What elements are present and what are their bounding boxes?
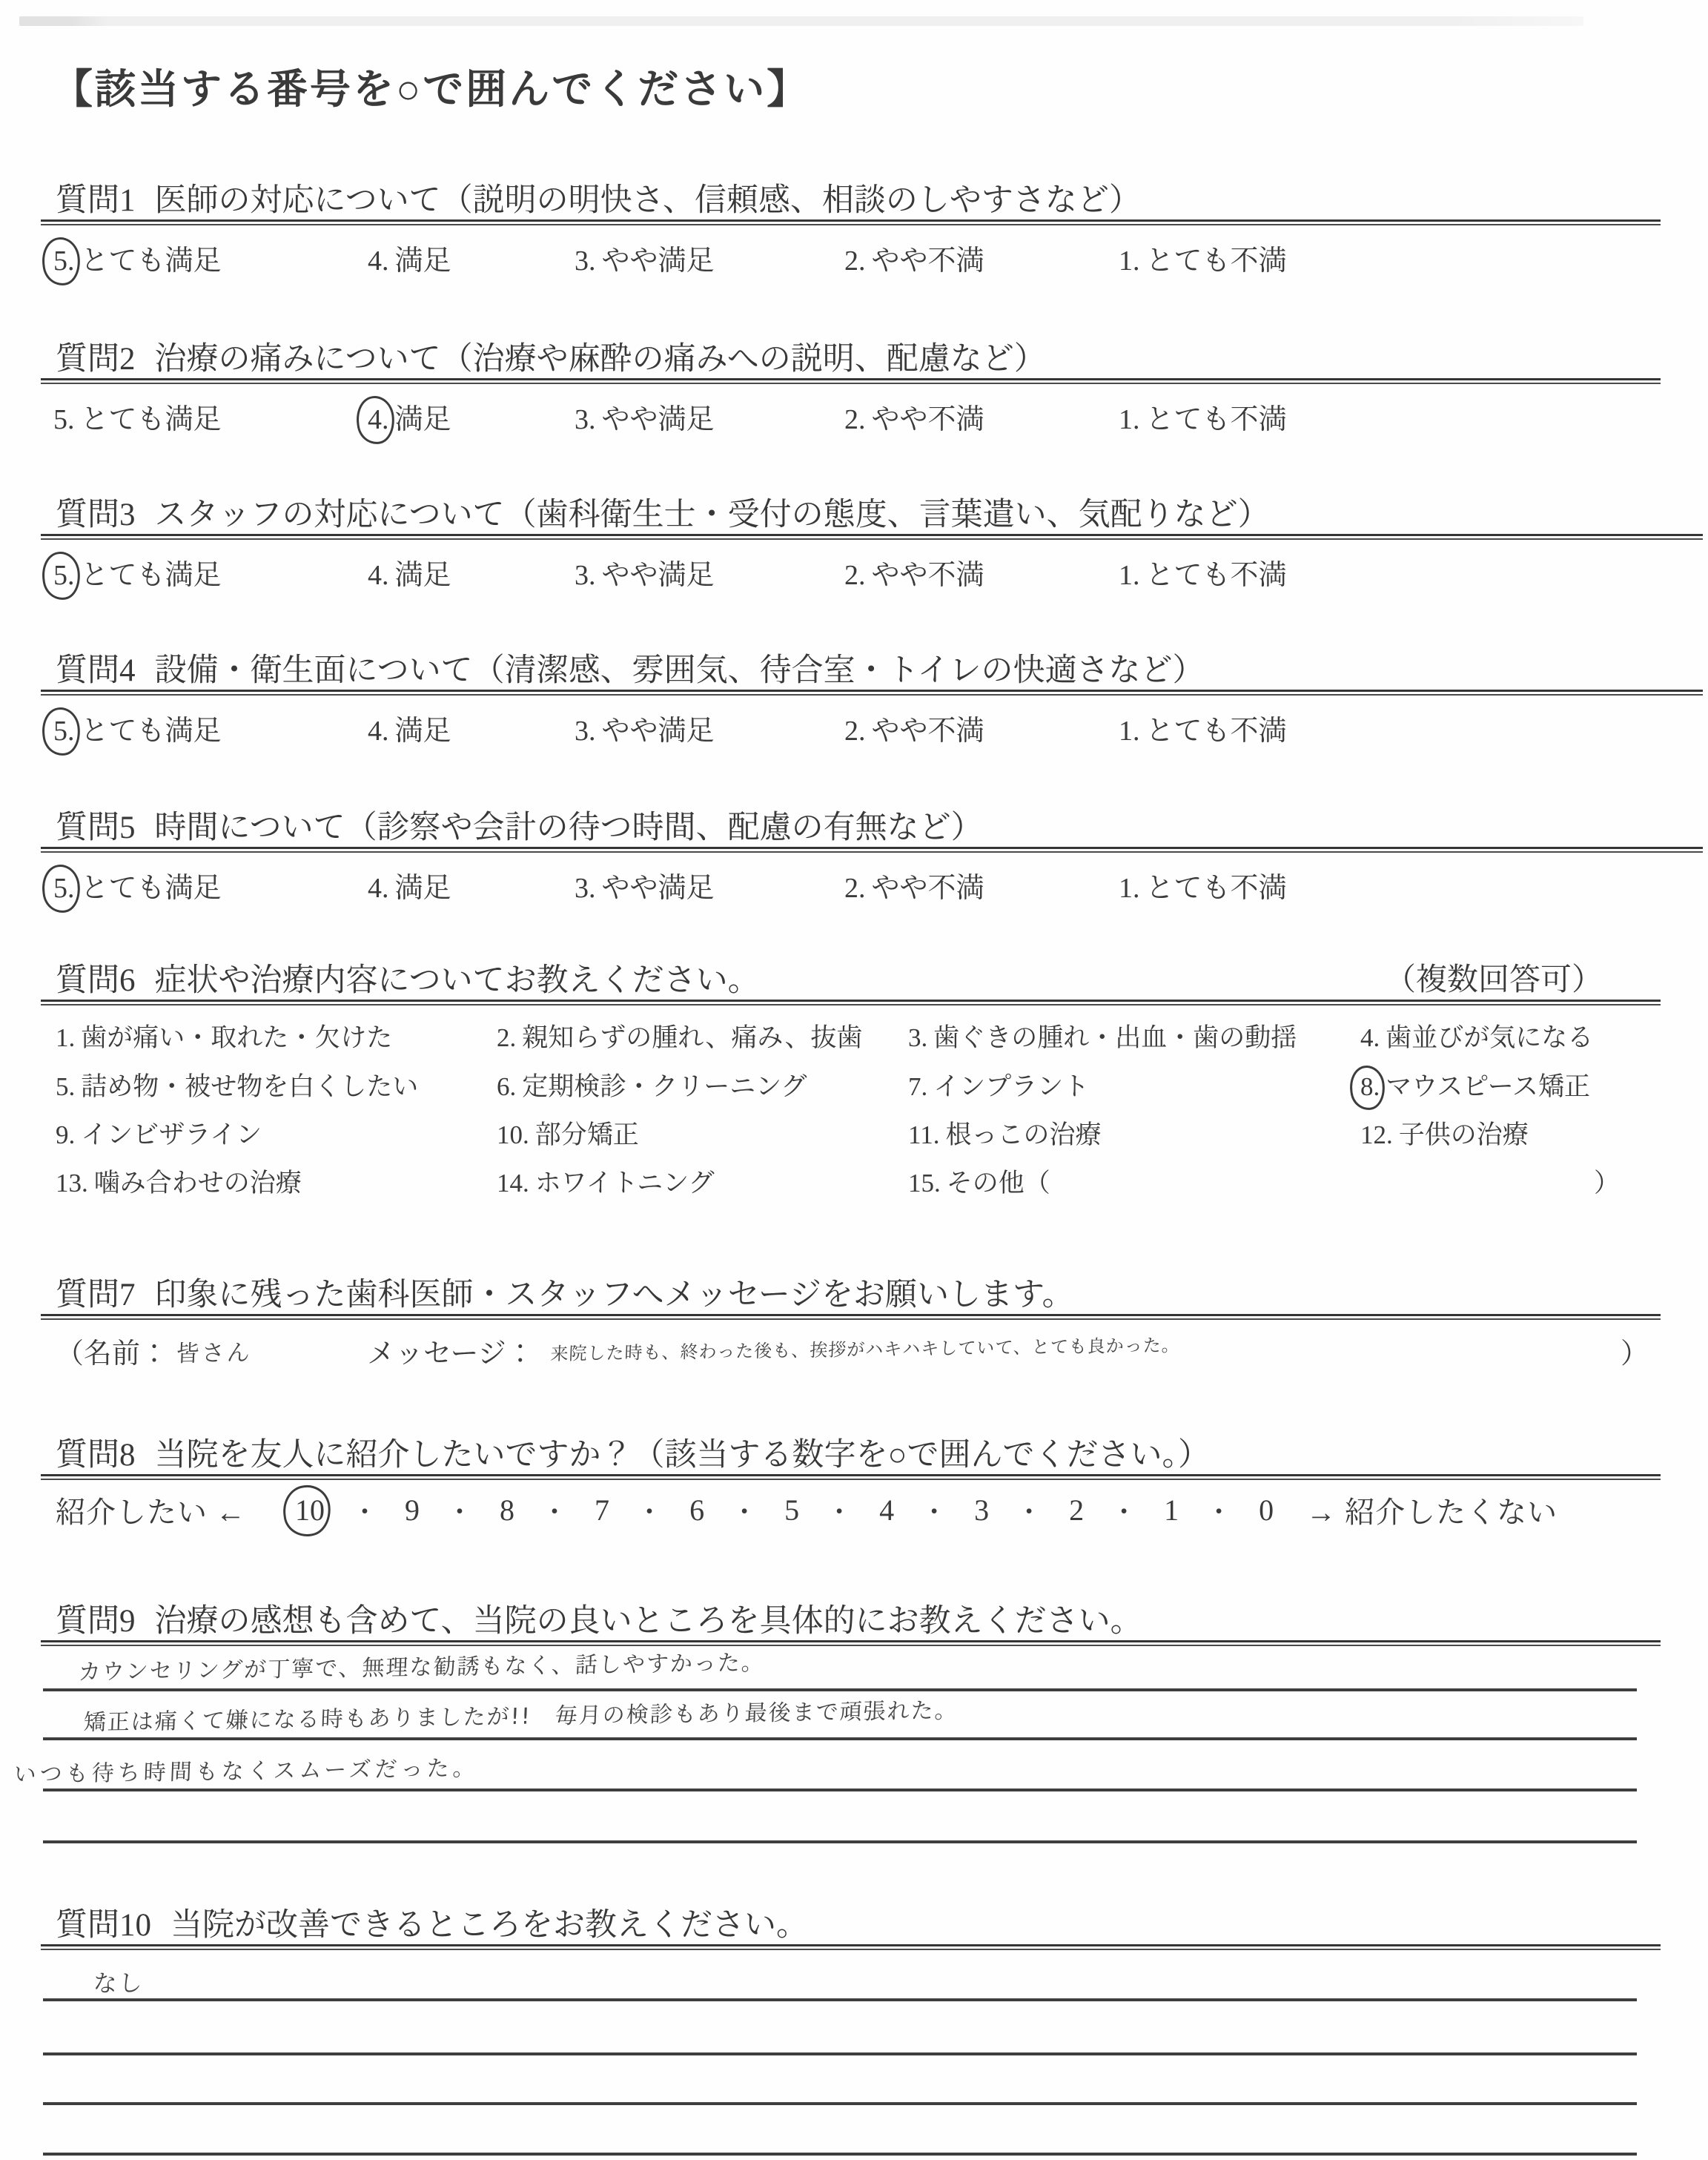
- divider: [41, 1944, 1661, 1950]
- rating-option-1[interactable]: 1.とても不満: [1119, 707, 1287, 748]
- rating-option-5[interactable]: 5.とても満足: [53, 707, 222, 748]
- nps-number-6[interactable]: 6: [689, 1493, 704, 1527]
- question-title: 当院を友人に紹介したいですか？（該当する数字を○で囲んでください。）: [155, 1438, 1210, 1473]
- option-label: とても不満: [1146, 404, 1287, 435]
- divider: [41, 219, 1661, 225]
- name-field-label: （名前：: [56, 1330, 168, 1371]
- option-label: 満足: [395, 404, 451, 435]
- option-label: 歯並びが気になる: [1386, 1023, 1593, 1052]
- treatment-option-3[interactable]: 3.歯ぐきの腫れ・出血・歯の動揺: [908, 1017, 1297, 1054]
- nps-numbers: 10・9・8・7・6・5・4・3・2・1・0: [273, 1491, 1296, 1529]
- option-label: やや不満: [872, 716, 984, 747]
- option-label: マウスピース矯正: [1386, 1072, 1590, 1101]
- closing-paren: ）: [1621, 1330, 1649, 1371]
- question-number: 質問4: [56, 653, 136, 688]
- rating-options-q1: 5.とても満足4.満足3.やや満足2.やや不満1.とても不満: [0, 237, 1708, 285]
- treatment-option-2[interactable]: 2.親知らずの腫れ、痛み、抜歯: [497, 1017, 862, 1054]
- rating-options-q5: 5.とても満足4.満足3.やや満足2.やや不満1.とても不満: [0, 865, 1708, 912]
- option-label: とても満足: [81, 404, 222, 435]
- option-number: 3.: [575, 403, 596, 436]
- option-label: やや満足: [602, 560, 715, 591]
- question-number: 質問10: [56, 1908, 151, 1943]
- question-6-section: 質問6症状や治療内容についてお教えください。 （複数回答可） 1.歯が痛い・取れ…: [0, 955, 1708, 1215]
- option-label: とても満足: [81, 245, 222, 277]
- option-label: 根っこの治療: [945, 1120, 1101, 1149]
- option-number: 6.: [497, 1072, 516, 1102]
- selection-circle: 5.: [53, 715, 75, 747]
- rating-option-4[interactable]: 4.満足: [368, 552, 451, 592]
- rating-option-4[interactable]: 4.満足: [368, 396, 451, 437]
- scale-separator: ・: [446, 1491, 473, 1529]
- scan-artifact: [19, 16, 1583, 26]
- question-5-section: 質問5時間について（診察や会計の待つ時間、配慮の有無など） 5.とても満足4.満…: [0, 802, 1708, 921]
- rating-options-q4: 5.とても満足4.満足3.やや満足2.やや不満1.とても不満: [0, 707, 1708, 755]
- nps-number-4[interactable]: 4: [879, 1493, 894, 1527]
- treatment-option-11[interactable]: 11.根っこの治療: [908, 1114, 1101, 1152]
- question-title: スタッフの対応について（歯科衛生士・受付の態度、言葉遣い、気配りなど）: [155, 498, 1270, 532]
- option-label: やや不満: [872, 873, 984, 904]
- handwritten-answer: 矯正は痛くて嫌になる時もありましたが!! 毎月の検診もあり最後まで頑張れた。: [83, 1691, 959, 1737]
- multi-answer-note: （複数回答可）: [1385, 955, 1603, 1000]
- question-10-header: 質問10当院が改善できるところをお教えください。: [56, 1900, 808, 1945]
- question-title: 症状や治療内容についてお教えください。: [155, 963, 760, 998]
- selection-circle: 4.: [368, 403, 389, 436]
- answer-line: [43, 2153, 1637, 2156]
- rating-option-1[interactable]: 1.とても不満: [1119, 552, 1287, 592]
- scale-separator: ・: [636, 1491, 663, 1529]
- divider: [41, 690, 1703, 696]
- option-number: 1.: [56, 1023, 75, 1053]
- treatment-options-grid: 1.歯が痛い・取れた・欠けた2.親知らずの腫れ、痛み、抜歯3.歯ぐきの腫れ・出血…: [0, 1017, 1708, 1210]
- option-number: 3.: [575, 559, 596, 592]
- answer-line: [43, 2052, 1637, 2055]
- rating-options-q2: 5.とても満足4.満足3.やや満足2.やや不満1.とても不満: [0, 396, 1708, 443]
- option-label: インビザライン: [81, 1120, 262, 1149]
- nps-number-2[interactable]: 2: [1069, 1493, 1084, 1527]
- option-label: インプラント: [933, 1072, 1089, 1101]
- answer-line: [43, 1688, 1637, 1691]
- option-label: 詰め物・被せ物を白くしたい: [81, 1072, 418, 1101]
- question-8-header: 質問8当院を友人に紹介したいですか？（該当する数字を○で囲んでください。）: [56, 1430, 1210, 1475]
- rating-option-3[interactable]: 3.やや満足: [575, 237, 715, 278]
- option-number: 10.: [497, 1120, 529, 1150]
- treatment-option-1[interactable]: 1.歯が痛い・取れた・欠けた: [56, 1017, 392, 1054]
- option-label: 子供の治療: [1399, 1120, 1529, 1149]
- option-label: とても満足: [81, 560, 222, 591]
- rating-option-2[interactable]: 2.やや不満: [844, 707, 984, 748]
- option-label: やや不満: [872, 245, 984, 277]
- treatment-option-8[interactable]: 8.マウスピース矯正: [1360, 1066, 1590, 1103]
- scale-separator: ・: [731, 1491, 758, 1529]
- rating-option-5[interactable]: 5.とても満足: [53, 865, 222, 905]
- question-5-header: 質問5時間について（診察や会計の待つ時間、配慮の有無など）: [56, 802, 983, 848]
- rating-option-3[interactable]: 3.やや満足: [575, 396, 715, 437]
- answer-line: [43, 1789, 1637, 1791]
- question-number: 質問5: [56, 810, 136, 845]
- option-number: 2.: [844, 715, 866, 747]
- option-label: 満足: [395, 873, 451, 904]
- divider: [41, 1640, 1661, 1646]
- rating-option-3[interactable]: 3.やや満足: [575, 865, 715, 905]
- divider: [41, 847, 1703, 853]
- scale-separator: ・: [921, 1491, 947, 1529]
- rating-option-1[interactable]: 1.とても不満: [1119, 396, 1287, 437]
- treatment-option-7[interactable]: 7.インプラント: [908, 1066, 1089, 1103]
- option-label: 噛み合わせの治療: [94, 1169, 302, 1198]
- question-1-header: 質問1医師の対応について（説明の明快さ、信頼感、相談のしやすさなど）: [56, 175, 1141, 220]
- nps-number-8[interactable]: 8: [500, 1493, 514, 1527]
- rating-option-2[interactable]: 2.やや不満: [844, 396, 984, 437]
- option-number: 13.: [56, 1169, 88, 1198]
- rating-option-4[interactable]: 4.満足: [368, 707, 451, 748]
- page-title: 【該当する番号を○で囲んでください】: [52, 56, 810, 115]
- question-title: 設備・衛生面について（清潔感、雰囲気、待合室・トイレの快適さなど）: [155, 653, 1205, 688]
- question-number: 質問1: [56, 183, 136, 218]
- option-label: ホワイトニング: [535, 1169, 715, 1198]
- option-label: 満足: [395, 716, 451, 747]
- option-label: 定期検診・クリーニング: [522, 1072, 807, 1101]
- rating-options-q3: 5.とても満足4.満足3.やや満足2.やや不満1.とても不満: [0, 552, 1708, 599]
- option-label: 親知らずの腫れ、痛み、抜歯: [522, 1023, 862, 1052]
- rating-option-5[interactable]: 5.とても満足: [53, 552, 222, 592]
- rating-option-2[interactable]: 2.やや不満: [844, 237, 984, 278]
- option-number: 5.: [56, 1072, 75, 1102]
- scanned-survey-form: 【該当する番号を○で囲んでください】 質問1医師の対応について（説明の明快さ、信…: [0, 0, 1708, 2160]
- rating-option-2[interactable]: 2.やや不満: [844, 552, 984, 592]
- question-title: 治療の痛みについて（治療や麻酔の痛みへの説明、配慮など）: [155, 342, 1046, 377]
- option-number: 15.: [908, 1169, 941, 1198]
- question-4-section: 質問4設備・衛生面について（清潔感、雰囲気、待合室・トイレの快適さなど） 5.と…: [0, 645, 1708, 764]
- selection-circle[interactable]: 10: [295, 1493, 325, 1527]
- question-title: 印象に残った歯科医師・スタッフへメッセージをお願いします。: [155, 1278, 1074, 1312]
- handwritten-answer: なし: [93, 1964, 145, 1999]
- option-number: 14.: [497, 1169, 529, 1198]
- question-number: 質問2: [56, 342, 136, 377]
- option-number: 11.: [908, 1120, 939, 1150]
- question-6-header: 質問6症状や治療内容についてお教えください。: [56, 955, 760, 1000]
- scale-separator: ・: [826, 1491, 853, 1529]
- option-number: 2.: [844, 245, 866, 277]
- treatment-option-13[interactable]: 13.噛み合わせの治療: [56, 1163, 302, 1200]
- rating-option-3[interactable]: 3.やや満足: [575, 707, 715, 748]
- option-number: 4.: [368, 245, 389, 277]
- question-8-section: 質問8当院を友人に紹介したいですか？（該当する数字を○で囲んでください。） 紹介…: [0, 1430, 1708, 1548]
- question-10-section: 質問10当院が改善できるところをお教えください。 なし: [0, 1900, 1708, 2159]
- option-number: 7.: [908, 1072, 927, 1102]
- question-3-header: 質問3スタッフの対応について（歯科衛生士・受付の態度、言葉遣い、気配りなど）: [56, 489, 1270, 535]
- option-number: 9.: [56, 1120, 75, 1150]
- rating-option-1[interactable]: 1.とても不満: [1119, 865, 1287, 905]
- option-number: 1.: [1119, 559, 1140, 592]
- scale-separator: ・: [351, 1491, 378, 1529]
- question-title: 当院が改善できるところをお教えください。: [171, 1908, 808, 1943]
- option-label: とても満足: [81, 873, 222, 904]
- question-2-header: 質問2治療の痛みについて（治療や麻酔の痛みへの説明、配慮など）: [56, 334, 1046, 379]
- answer-line: [43, 2102, 1637, 2105]
- divider: [41, 1474, 1661, 1480]
- nps-number-3[interactable]: 3: [974, 1493, 989, 1527]
- rating-option-3[interactable]: 3.やや満足: [575, 552, 715, 592]
- option-number: 3.: [908, 1023, 927, 1053]
- option-number: 12.: [1360, 1120, 1393, 1150]
- option-label: やや満足: [602, 873, 715, 904]
- treatment-option-10[interactable]: 10.部分矯正: [497, 1114, 639, 1152]
- message-field-label: メッセージ：: [367, 1330, 534, 1371]
- option-number: 4.: [368, 715, 389, 747]
- option-number: 4.: [1360, 1023, 1380, 1053]
- handwritten-answer: いつも待ち時間もなくスムーズだった。: [13, 1749, 480, 1789]
- option-number: 2.: [844, 872, 866, 905]
- rating-option-4[interactable]: 4.満足: [368, 865, 451, 905]
- option-number: 2.: [844, 559, 866, 592]
- question-title: 治療の感想も含めて、当院の良いところを具体的にお教えください。: [155, 1604, 1142, 1639]
- question-9-section: 質問9治療の感想も含めて、当院の良いところを具体的にお教えください。 カウンセリ…: [0, 1596, 1708, 1892]
- question-4-header: 質問4設備・衛生面について（清潔感、雰囲気、待合室・トイレの快適さなど）: [56, 645, 1205, 690]
- nps-scale-row: 紹介したい ← 10・9・8・7・6・5・4・3・2・1・0 → 紹介したくない: [56, 1489, 1558, 1531]
- option-label: 満足: [395, 560, 451, 591]
- option-number: 4.: [368, 559, 389, 592]
- selection-circle: 5.: [53, 245, 75, 277]
- scale-left-label: 紹介したい ←: [56, 1489, 246, 1531]
- option-label: 満足: [395, 245, 451, 277]
- scale-separator: ・: [541, 1491, 568, 1529]
- question-title: 時間について（診察や会計の待つ時間、配慮の有無など）: [155, 810, 983, 845]
- option-number: 3.: [575, 245, 596, 277]
- rating-option-1[interactable]: 1.とても不満: [1119, 237, 1287, 278]
- divider: [41, 534, 1703, 540]
- option-label: 歯が痛い・取れた・欠けた: [81, 1023, 392, 1052]
- handwritten-name: 皆さん: [176, 1334, 253, 1368]
- option-label: その他（: [947, 1169, 1050, 1198]
- question-3-section: 質問3スタッフの対応について（歯科衛生士・受付の態度、言葉遣い、気配りなど） 5…: [0, 489, 1708, 608]
- option-number: 1.: [1119, 872, 1140, 905]
- question-7-header: 質問7印象に残った歯科医師・スタッフへメッセージをお願いします。: [56, 1269, 1074, 1315]
- handwritten-answer: カウンセリングが丁寧で、無理な勧誘もなく、話しやすかった。: [78, 1644, 766, 1686]
- question-2-section: 質問2治療の痛みについて（治療や麻酔の痛みへの説明、配慮など） 5.とても満足4…: [0, 334, 1708, 452]
- question-number: 質問7: [56, 1278, 136, 1312]
- question-number: 質問6: [56, 963, 136, 998]
- option-number: 2.: [844, 403, 866, 436]
- treatment-option-5[interactable]: 5.詰め物・被せ物を白くしたい: [56, 1066, 418, 1103]
- rating-option-5[interactable]: 5.とても満足: [53, 237, 222, 278]
- selection-circle: 5.: [53, 559, 75, 592]
- scale-separator: ・: [1205, 1491, 1232, 1529]
- question-7-section: 質問7印象に残った歯科医師・スタッフへメッセージをお願いします。 （名前： 皆さ…: [0, 1269, 1708, 1396]
- option-number: 4.: [368, 872, 389, 905]
- option-label: とても不満: [1146, 245, 1287, 277]
- question-number: 質問9: [56, 1604, 136, 1639]
- scale-separator: ・: [1110, 1491, 1137, 1529]
- divider: [41, 1314, 1661, 1320]
- question-number: 質問3: [56, 498, 136, 532]
- option-label: やや満足: [602, 404, 715, 435]
- answer-line: [43, 1840, 1637, 1843]
- rating-option-5[interactable]: 5.とても満足: [53, 396, 222, 437]
- question-number: 質問8: [56, 1438, 136, 1473]
- treatment-option-4[interactable]: 4.歯並びが気になる: [1360, 1017, 1593, 1054]
- treatment-option-9[interactable]: 9.インビザライン: [56, 1114, 262, 1152]
- option-label: やや満足: [602, 716, 715, 747]
- divider: [41, 1000, 1661, 1005]
- treatment-option-14[interactable]: 14.ホワイトニング: [497, 1163, 715, 1200]
- option-number: 2.: [497, 1023, 516, 1053]
- option-number: 5.: [53, 403, 75, 436]
- option-label: とても不満: [1146, 560, 1287, 591]
- nps-number-1[interactable]: 1: [1164, 1493, 1179, 1527]
- nps-number-7[interactable]: 7: [595, 1493, 609, 1527]
- option-label: やや満足: [602, 245, 715, 277]
- option-number: 1.: [1119, 403, 1140, 436]
- selection-circle: 8.: [1360, 1072, 1380, 1102]
- option-label: やや不満: [872, 560, 984, 591]
- nps-number-0[interactable]: 0: [1259, 1493, 1274, 1527]
- option-label: とても満足: [81, 716, 222, 747]
- answer-line: [43, 1737, 1637, 1740]
- option-label: とても不満: [1146, 716, 1287, 747]
- question-title: 医師の対応について（説明の明快さ、信頼感、相談のしやすさなど）: [155, 183, 1141, 218]
- option-label: 部分矯正: [535, 1120, 639, 1149]
- scale-separator: ・: [1016, 1491, 1042, 1529]
- option-number: 1.: [1119, 245, 1140, 277]
- nps-number-9[interactable]: 9: [405, 1493, 420, 1527]
- selection-circle: 5.: [53, 872, 75, 905]
- divider: [41, 378, 1661, 384]
- scale-right-label: → 紹介したくない: [1306, 1489, 1558, 1531]
- rating-option-2[interactable]: 2.やや不満: [844, 865, 984, 905]
- option-number: 3.: [575, 872, 596, 905]
- answer-line: [43, 1998, 1637, 2001]
- question-9-header: 質問9治療の感想も含めて、当院の良いところを具体的にお教えください。: [56, 1596, 1142, 1641]
- nps-number-5[interactable]: 5: [784, 1493, 799, 1527]
- message-answer-row: （名前： 皆さん メッセージ： 来院した時も、終わった後も、挨拶がハキハキしてい…: [0, 1330, 1708, 1390]
- other-closing-paren: ）: [1594, 1163, 1620, 1200]
- rating-option-4[interactable]: 4.満足: [368, 237, 451, 278]
- option-label: 歯ぐきの腫れ・出血・歯の動揺: [933, 1023, 1297, 1052]
- treatment-option-6[interactable]: 6.定期検診・クリーニング: [497, 1066, 807, 1103]
- option-label: とても不満: [1146, 873, 1287, 904]
- handwritten-message: 来院した時も、終わった後も、挨拶がハキハキしていて、とても良かった。: [550, 1330, 1181, 1365]
- treatment-option-12[interactable]: 12.子供の治療: [1360, 1114, 1529, 1152]
- option-label: やや不満: [872, 404, 984, 435]
- question-1-section: 質問1医師の対応について（説明の明快さ、信頼感、相談のしやすさなど） 5.とても…: [0, 175, 1708, 294]
- option-number: 3.: [575, 715, 596, 747]
- treatment-option-15[interactable]: 15.その他（: [908, 1163, 1050, 1200]
- option-number: 1.: [1119, 715, 1140, 747]
